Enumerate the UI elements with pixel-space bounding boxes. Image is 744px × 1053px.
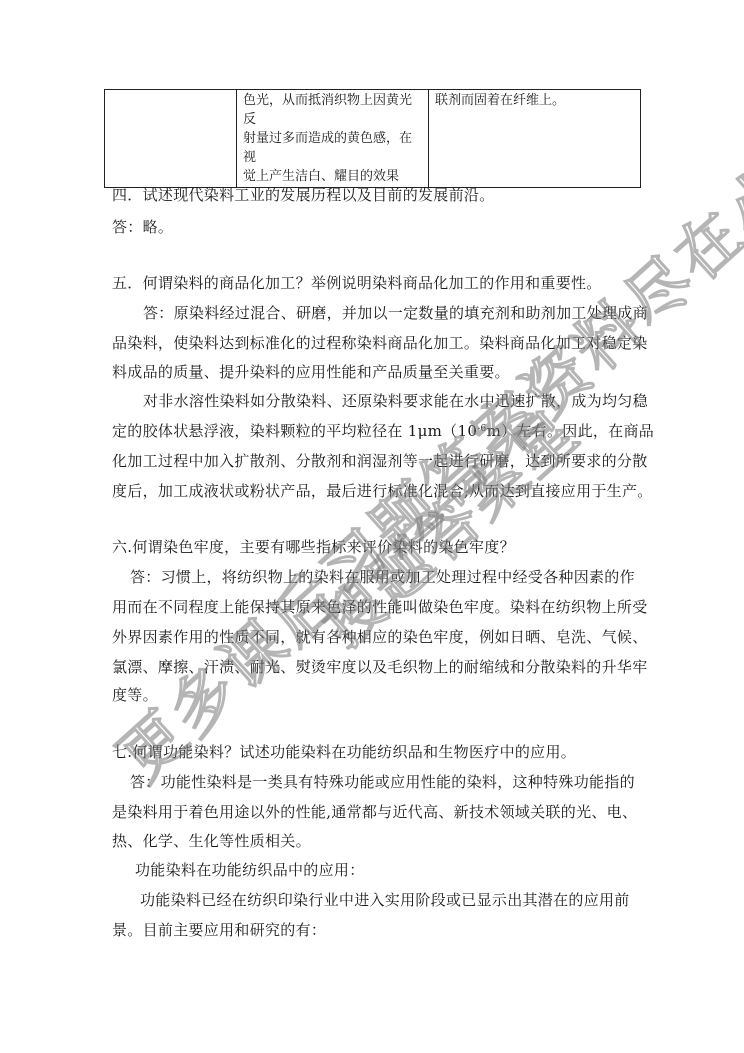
question-6: 六.何谓染色牢度，主要有哪些指标来评价染料的染色牢度？ bbox=[112, 536, 642, 557]
text-run: m）左右。因此，在商品 bbox=[487, 422, 655, 440]
answer-6-line: 度等。 bbox=[112, 684, 642, 705]
answer-5-line: 料成品的质量、提升染料的应用性能和产品质量至关重要。 bbox=[112, 361, 642, 382]
answer-5-line: 定的胶体状悬浮液，染料颗粒的平均粒径在 1μm（10-6m）左右。因此，在商品 bbox=[112, 420, 642, 441]
answer-6-line: 氯漂、摩擦、汗渍、耐光、熨烫牢度以及毛织物上的耐缩绒和分散染料的升华牢 bbox=[112, 656, 642, 677]
answer-7-line: 热、化学、生化等性质相关。 bbox=[112, 830, 642, 851]
question-4: 四．试述现代染料工业的发展历程以及目前的发展前沿。 bbox=[112, 184, 642, 205]
question-7: 七.何谓功能染料？试述功能染料在功能纺织品和生物医疗中的应用。 bbox=[112, 741, 642, 762]
document-page: 色光，从而抵消织物上因黄光反 射量过多而造成的黄色感，在视 觉上产生洁白、耀目的… bbox=[0, 0, 744, 1053]
answer-5-line: 品染料，使染料达到标准化的过程称染料商品化加工。染料商品化加工对稳定染 bbox=[112, 332, 642, 353]
subheading-functional-textiles: 功能染料在功能纺织品中的应用： bbox=[135, 859, 665, 880]
answer-5-line: 答：原染料经过混合、研磨，并加以一定数量的填充剂和助剂加工处理成商 bbox=[143, 302, 673, 323]
table-cell-empty bbox=[105, 90, 237, 188]
table-cell-mechanism: 联剂而固着在纤维上。 bbox=[429, 90, 641, 188]
answer-4: 答：略。 bbox=[112, 216, 642, 237]
answer-5-line: 度后，加工成液状或粉状产品，最后进行标准化混合,从而达到直接应用于生产。 bbox=[112, 480, 642, 501]
answer-7-line: 是染料用于着色用途以外的性能,通常都与近代高、新技术领域关联的光、电、 bbox=[112, 801, 642, 822]
answer-6-line: 答：习惯上，将纺织物上的染料在服用或加工处理过程中经受各种因素的作 bbox=[130, 566, 660, 587]
cell-line: 色光，从而抵消织物上因黄光反 bbox=[243, 91, 423, 129]
answer-5-line: 化加工过程中加入扩散剂、分散剂和润湿剂等一起进行研磨，达到所要求的分散 bbox=[112, 450, 642, 471]
table-cell-description: 色光，从而抵消织物上因黄光反 射量过多而造成的黄色感，在视 觉上产生洁白、耀目的… bbox=[237, 90, 429, 188]
table-row: 色光，从而抵消织物上因黄光反 射量过多而造成的黄色感，在视 觉上产生洁白、耀目的… bbox=[105, 90, 641, 188]
cell-line: 射量过多而造成的黄色感，在视 bbox=[243, 129, 423, 167]
answer-6-line: 用而在不同程度上能保持其原来色泽的性能叫做染色牢度。染料在纺织物上所受 bbox=[112, 596, 642, 617]
text-run: 定的胶体状悬浮液，染料颗粒的平均粒径在 1μm（10 bbox=[112, 422, 477, 440]
answer-6-line: 外界因素作用的性质不同，就有各种相应的染色牢度，例如日晒、皂洗、气候、 bbox=[112, 626, 642, 647]
answer-5-line: 对非水溶性染料如分散染料、还原染料要求能在水中迅速扩散，成为均匀稳 bbox=[143, 390, 673, 411]
table-fragment: 色光，从而抵消织物上因黄光反 射量过多而造成的黄色感，在视 觉上产生洁白、耀目的… bbox=[104, 89, 641, 188]
exponent: -6 bbox=[477, 424, 486, 434]
answer-7-line: 景。目前主要应用和研究的有： bbox=[112, 919, 642, 940]
answer-7-line: 功能染料已经在纺织印染行业中进入实用阶段或已显示出其潜在的应用前 bbox=[140, 889, 670, 910]
question-5: 五．何谓染料的商品化加工？举例说明染料商品化加工的作用和重要性。 bbox=[112, 272, 642, 293]
answer-7-line: 答：功能性染料是一类具有特殊功能或应用性能的染料，这种特殊功能指的 bbox=[130, 771, 660, 792]
